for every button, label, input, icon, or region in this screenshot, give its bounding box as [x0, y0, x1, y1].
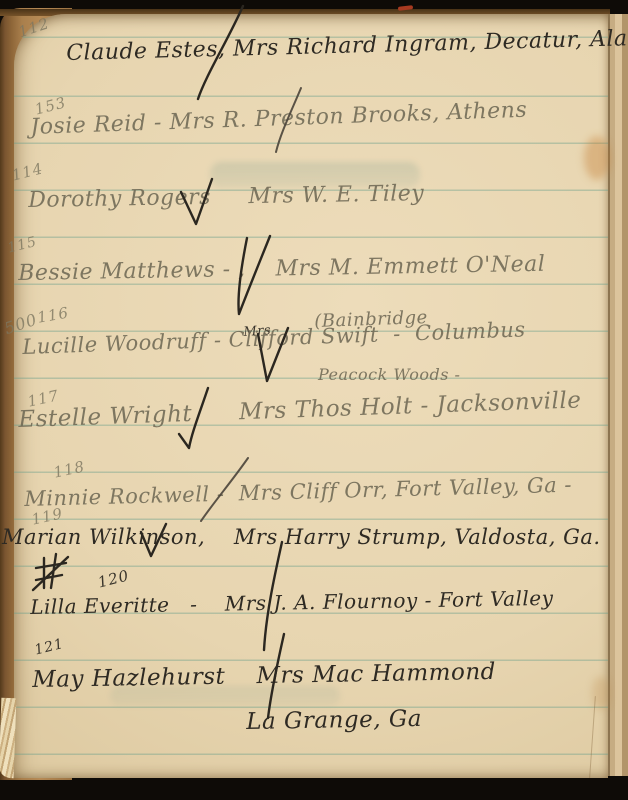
paper-stain: [584, 136, 610, 180]
entry-annotation-below: Peacock Woods -: [318, 366, 460, 384]
page-stack-edges: [0, 698, 16, 778]
notebook-scan: 112 153 114 115 500 116 117 118 119 120 …: [0, 0, 628, 800]
register-entry-line: Marian Wilkinson, Mrs Harry Strump, Vald…: [2, 526, 601, 549]
register-entry-line2: La Grange, Ga: [246, 707, 422, 735]
